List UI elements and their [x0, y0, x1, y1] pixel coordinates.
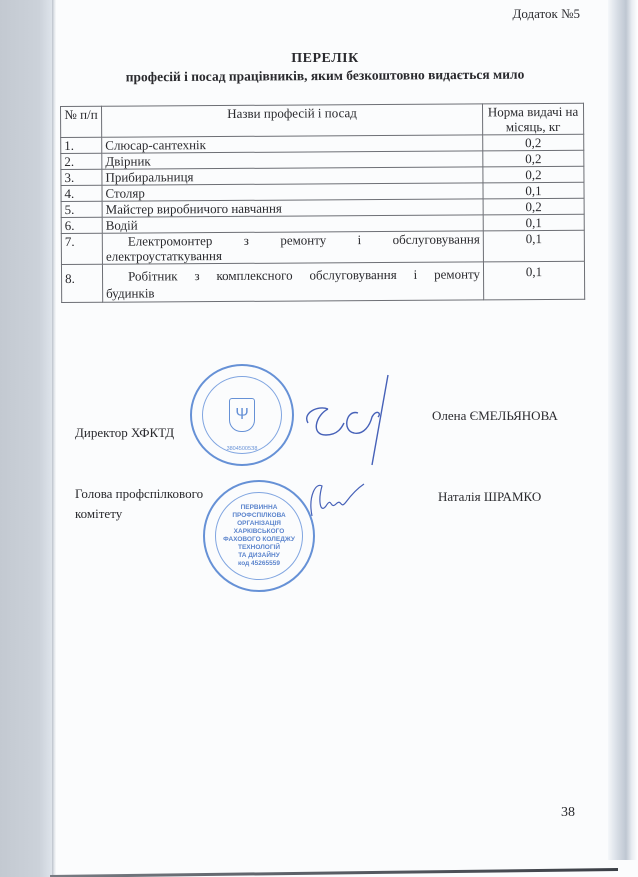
- union-head-position: Голова профспілкового комітету: [75, 484, 203, 524]
- table-row: 8. Робітник з комплексного обслуговуванн…: [61, 261, 584, 302]
- row-norm: 0,2: [483, 134, 584, 151]
- union-head-signature: [300, 476, 370, 526]
- professions-table: № п/п Назви професій і посад Норма видач…: [60, 103, 585, 303]
- row-name-line2: будинків: [106, 285, 154, 300]
- union-stamp: ПЕРВИННА ПРОФСПІЛКОВА ОРГАНІЗАЦІЯ ХАРКІВ…: [203, 480, 315, 592]
- row-norm: 0,1: [483, 261, 584, 300]
- row-number: 4.: [61, 185, 102, 201]
- header-name: Назви професій і посад: [102, 104, 483, 137]
- scan-left-margin: [0, 0, 56, 877]
- row-norm: 0,2: [483, 198, 584, 215]
- page-number: 38: [561, 805, 575, 821]
- row-name: Електромонтер з ремонту і обслуговування…: [102, 231, 483, 264]
- page-edge: [52, 0, 55, 877]
- table-row: 7. Електромонтер з ремонту і обслуговува…: [61, 230, 584, 264]
- header-number: № п/п: [61, 106, 102, 137]
- union-head-position-line1: Голова профспілкового: [75, 484, 203, 504]
- row-number: 6.: [61, 217, 102, 233]
- director-signature: [298, 365, 398, 475]
- scan-right-margin: [608, 0, 638, 860]
- row-norm: 0,1: [483, 230, 584, 262]
- scan-bottom-edge: [50, 868, 618, 877]
- header-norm: Норма видачі на місяць, кг: [482, 103, 583, 135]
- college-stamp: Ψ 38045005З8: [190, 364, 294, 466]
- union-stamp-text: ПЕРВИННА ПРОФСПІЛКОВА ОРГАНІЗАЦІЯ ХАРКІВ…: [223, 504, 295, 568]
- row-name-line1: Електромонтер з ремонту і обслуговування: [106, 231, 480, 248]
- stamp-inner-ring: [202, 376, 282, 454]
- stamp-code: 38045005З8: [192, 446, 292, 452]
- row-name: Робітник з комплексного обслуговування і…: [102, 262, 483, 302]
- row-number: 7.: [61, 233, 102, 264]
- row-name-line1: Робітник з комплексного обслуговування і…: [106, 265, 480, 284]
- document-title: ПЕРЕЛІК: [60, 51, 590, 67]
- row-number: 1.: [61, 137, 102, 153]
- union-head-name: Наталія ШРАМКО: [438, 489, 541, 505]
- row-number: 5.: [61, 201, 102, 217]
- row-number: 2.: [61, 153, 102, 169]
- row-number: 8.: [61, 264, 102, 302]
- annex-label: Додаток №5: [512, 6, 580, 22]
- row-number: 3.: [61, 169, 102, 185]
- director-name: Олена ЄМЕЛЬЯНОВА: [432, 408, 558, 424]
- row-norm: 0,1: [483, 182, 584, 199]
- row-norm: 0,2: [483, 150, 584, 167]
- table-header-row: № п/п Назви професій і посад Норма видач…: [61, 103, 584, 137]
- union-head-position-line2: комітету: [75, 504, 203, 524]
- document-subtitle: професій і посад працівників, яким безко…: [60, 66, 590, 86]
- row-norm: 0,1: [483, 214, 584, 231]
- document-page: Додаток №5 ПЕРЕЛІК професій і посад прац…: [60, 0, 590, 860]
- row-norm: 0,2: [483, 166, 584, 183]
- row-name-line2: електроустаткування: [106, 248, 222, 264]
- director-position: Директор ХФКТД: [75, 425, 174, 441]
